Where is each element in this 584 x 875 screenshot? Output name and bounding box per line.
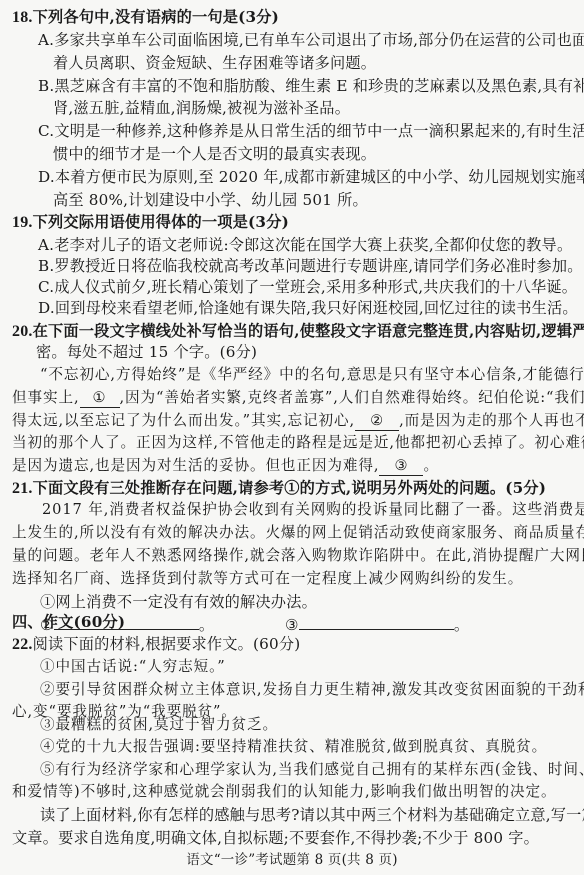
option-label: D. — [38, 168, 55, 186]
option-text: 罗教授近日将莅临我校就高考改革问题进行专题讲座,请同学们务必准时参加。 — [54, 257, 582, 275]
q22-requirement-line2: 文章。要求自选角度,明确文体,自拟标题;不要套作,不得抄袭;不少于 800 字。 — [12, 828, 539, 848]
q18-option-a-cont: 着人员离职、资金短缺、生存困难等诸多问题。 — [53, 53, 376, 73]
q21-answer-1: ①网上消费不一定没有有效的解决办法。 — [40, 592, 317, 612]
q19-stem: 19.下列交际用语使用得体的一项是(3分) — [12, 212, 289, 233]
q18-option-c-cont: 惯中的细节才是一个人是否文明的最真实表现。 — [53, 144, 376, 164]
q22-number: 22. — [12, 636, 33, 653]
option-label: B. — [38, 257, 54, 275]
q22-stem-text: 阅读下面的材料,根据要求作文。(60分) — [33, 635, 301, 653]
option-text: 老李对儿子的语文老师说:令郎这次能在国学大赛上获奖,全都仰仗您的教导。 — [54, 236, 572, 254]
option-text: 黑芝麻含有丰富的不饱和脂肪酸、维生素 E 和珍贵的芝麻素以及黑色素,具有补肝 — [54, 77, 584, 95]
passage-text: ,而是因为走的那个人再也不是 — [399, 412, 584, 429]
q20-passage-line1: “不忘初心,方得始终”是《华严经》中的名句,意思是只有坚守本心信条,才能德行圆满… — [40, 365, 584, 385]
answer-label: ③ — [285, 616, 299, 634]
q19-option-c: C.成人仪式前夕,班长精心策划了一堂班会,采用多种形式,共庆我们的十八华诞。 — [38, 277, 577, 297]
q19-option-b: B.罗教授近日将莅临我校就高考改革问题进行专题讲座,请同学们务必准时参加。 — [38, 256, 583, 276]
q21-passage-line4: 选择知名厂商、选择货到付款等方式可在一定程度上减少网购纠纷的发生。 — [12, 569, 523, 589]
q18-option-c: C.文明是一种修养,这种修养是从日常生活的细节中一点一滴积累起来的,有时生活习 — [38, 121, 584, 141]
q19-stem-text: 下列交际用语使用得体的一项是(3分) — [33, 213, 289, 231]
option-label: A. — [38, 236, 54, 254]
q22-material-2: ②要引导贫困群众树立主体意识,发扬自力更生精神,激发其改变贫困面貌的干劲和决 — [40, 680, 584, 700]
q20-number: 20. — [12, 323, 33, 340]
q18-number: 18. — [12, 9, 33, 26]
fill-blank-2[interactable]: ② — [355, 412, 399, 431]
q22-material-5-cont: 和爱情等)不够时,这种感觉就会削弱我们的认知能力,影响我们做出明智的决定。 — [12, 782, 556, 802]
answer-end: 。 — [199, 616, 214, 634]
option-label: D. — [38, 299, 55, 317]
q19-option-a: A.老李对儿子的语文老师说:令郎这次能在国学大赛上获奖,全都仰仗您的教导。 — [38, 235, 572, 255]
q18-stem: 18.下列各句中,没有语病的一句是(3分) — [12, 7, 279, 28]
q20-stem-cont: 密。每处不超过 15 个字。(6分) — [36, 342, 257, 362]
passage-text: ,因为“善始者实繁,克终者盖寡”,人们自然难得始终。纪伯伦说:“我们走 — [120, 389, 584, 406]
q20-stem-text: 在下面一段文字横线处补写恰当的语句,使整段文字语意完整连贯,内容贴切,逻辑严 — [33, 322, 584, 340]
q20-passage-line3: 得太远,以至忘记了为什么而出发。”其实,忘记初心,②,而是因为走的那个人再也不是 — [12, 411, 584, 431]
q18-option-a: A.多家共享单车公司面临困境,已有单车公司退出了市场,部分仍在运营的公司也面临 — [38, 30, 584, 50]
option-text: 成人仪式前夕,班长精心策划了一堂班会,采用多种形式,共庆我们的十八华诞。 — [54, 278, 577, 296]
q22-material-5: ⑤有行为经济学家和心理学家认为,当我们感觉自己拥有的某样东西(金钱、时间、健康 — [40, 760, 584, 780]
q21-passage-line1: 2017 年,消费者权益保护协会收到有关网购的投诉量同比翻了一番。这些消费是在网 — [42, 500, 584, 520]
option-label: A. — [38, 31, 54, 49]
q21-number: 21. — [12, 480, 33, 497]
passage-text: 。 — [423, 457, 439, 474]
passage-text: 但事实上, — [12, 389, 80, 406]
q18-option-b-cont: 肾,滋五脏,益精血,润肠燥,被视为滋补圣品。 — [53, 98, 350, 118]
option-text: 回到母校来看望老师,恰逢她有课失陪,我只好闲逛校园,回忆过往的读书生活。 — [55, 299, 578, 317]
q21-stem: 21.下面文段有三处推断存在问题,请参考①的方式,说明另外两处的问题。(5分) — [12, 478, 546, 499]
fill-blank-3[interactable]: ③ — [379, 457, 423, 476]
passage-text: 得太远,以至忘记了为什么而出发。”其实,忘记初心, — [12, 412, 355, 429]
q21-passage-line2: 上发生的,所以没有有效的解决办法。火爆的网上促销活动致使商家服务、商品质量存在大 — [12, 523, 584, 543]
option-label: C. — [38, 278, 54, 296]
q22-requirement-line1: 读了上面材料,你有怎样的感触与思考?请以其中两三个材料为基础确定立意,写一篇 — [40, 805, 584, 825]
q20-passage-line2: 但事实上,①,因为“善始者实繁,克终者盖寡”,人们自然难得始终。纪伯伦说:“我们… — [12, 388, 584, 408]
answer-end: 。 — [454, 616, 469, 634]
fill-blank-1[interactable]: ① — [80, 389, 120, 408]
option-text: 文明是一种修养,这种修养是从日常生活的细节中一点一滴积累起来的,有时生活习 — [54, 122, 584, 140]
q19-option-d: D.回到母校来看望老师,恰逢她有课失陪,我只好闲逛校园,回忆过往的读书生活。 — [38, 298, 578, 318]
q21-passage-line3: 量的问题。老年人不熟悉网络操作,就会落入购物欺诈陷阱中。在此,消协提醒广大网民, — [12, 546, 584, 566]
q22-material-3: ③最糟糕的贫困,莫过于智力贫乏。 — [40, 715, 278, 735]
exam-page: 18.下列各句中,没有语病的一句是(3分) A.多家共享单车公司面临困境,已有单… — [0, 0, 584, 875]
q18-stem-text: 下列各句中,没有语病的一句是(3分) — [33, 8, 279, 26]
option-label: C. — [38, 122, 54, 140]
q18-option-b: B.黑芝麻含有丰富的不饱和脂肪酸、维生素 E 和珍贵的芝麻素以及黑色素,具有补肝 — [38, 76, 584, 96]
q20-stem: 20.在下面一段文字横线处补写恰当的语句,使整段文字语意完整连贯,内容贴切,逻辑… — [12, 321, 584, 342]
option-text: 多家共享单车公司面临困境,已有单车公司退出了市场,部分仍在运营的公司也面临 — [54, 31, 584, 49]
page-footer: 语文“一诊”考试题第 8 页(共 8 页) — [0, 850, 584, 870]
q18-option-d-cont: 高至 80%,计划建设中小学、幼儿园 501 所。 — [53, 190, 368, 210]
q21-stem-text: 下面文段有三处推断存在问题,请参考①的方式,说明另外两处的问题。(5分) — [33, 479, 547, 497]
q22-material-1: ①中国古话说:“人穷志短。” — [40, 657, 226, 677]
q20-passage-line5: 是因为遗忘,也是因为对生活的妥协。但也正因为难得,③。 — [12, 456, 439, 476]
option-label: B. — [38, 77, 54, 95]
q20-passage-line4: 当初的那个人了。正因为这样,不管他走的路程是远是近,他都把初心丢掉了。初心难得, — [12, 433, 584, 453]
answer-blank-3[interactable] — [299, 629, 454, 630]
q21-answer-3: ③。 — [285, 615, 469, 635]
q22-material-4: ④党的十九大报告强调:要坚持精准扶贫、精准脱贫,做到脱真贫、真脱贫。 — [40, 737, 547, 757]
section-4-title: 四、作文(60分) — [12, 612, 125, 632]
q18-option-d: D.本着方便市民为原则,至 2020 年,成都市新建城区的中小学、幼儿园规划实施… — [38, 167, 584, 187]
option-text: 本着方便市民为原则,至 2020 年,成都市新建城区的中小学、幼儿园规划实施率将… — [55, 168, 584, 186]
q19-number: 19. — [12, 214, 33, 231]
q22-stem: 22.阅读下面的材料,根据要求作文。(60分) — [12, 634, 300, 655]
passage-text: 是因为遗忘,也是因为对生活的妥协。但也正因为难得, — [12, 457, 379, 474]
